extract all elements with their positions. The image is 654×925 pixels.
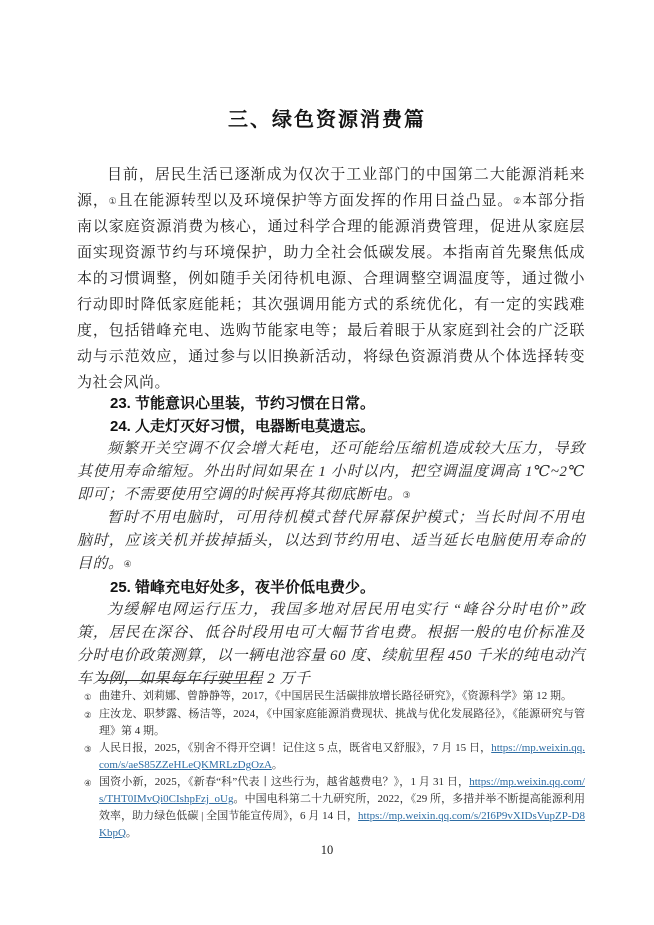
footnote-text-run: 庄汝龙、职梦露、杨洁等，2024，《中国家庭能源消费现状、挑战与优化发展路径》，… bbox=[99, 708, 585, 737]
tip-item-heading: 25. 错峰充电好处多，夜半价低电费少。 bbox=[77, 576, 585, 599]
footnote-text-run: 国资小新，2025，《新春“科”代表丨这些行为，越省越费电？》，1 月 31 日… bbox=[99, 776, 469, 788]
text-run: 频繁开关空调不仅会增大耗电，还可能给压缩机造成较大压力，导致其使用寿命缩短。外出… bbox=[77, 441, 585, 503]
page-number: 10 bbox=[0, 843, 654, 858]
text-run: 暂时不用电脑时，可用待机模式替代屏幕保护模式；当长时间不用电脑时，应该关机并拔掉… bbox=[77, 510, 585, 572]
footnote-item: ②庄汝龙、职梦露、杨洁等，2024，《中国家庭能源消费现状、挑战与优化发展路径》… bbox=[77, 706, 585, 740]
footnote-separator bbox=[98, 680, 258, 681]
footnote-text: 曲建升、刘莉娜、曾静静等，2017，《中国居民生活碳排放增长路径研究》，《资源科… bbox=[99, 688, 585, 705]
footnote-text-run: 。 bbox=[126, 827, 137, 839]
footnote-item: ③人民日报，2025，《别舍不得开空调！记住这 5 点，既省电又舒服》，7 月 … bbox=[77, 740, 585, 774]
tip-item-heading: 24. 人走灯灭好习惯，电器断电莫遗忘。 bbox=[77, 415, 585, 438]
text-run: 23. 节能意识心里装，节约习惯在日常。 bbox=[110, 395, 375, 412]
text-run: 本部分指南以家庭资源消费为核心，通过科学合理的能源消费管理，促进从家庭层面实现资… bbox=[77, 193, 585, 391]
text-run: 25. 错峰充电好处多，夜半价低电费少。 bbox=[110, 579, 375, 596]
footnote-ref-marker: ③ bbox=[403, 490, 412, 500]
text-run: 为缓解电网运行压力，我国多地对居民用电实行 “峰谷分时电价”政策，居民在深谷、低… bbox=[77, 602, 585, 687]
footnote-text-run: 人民日报，2025，《别舍不得开空调！记住这 5 点，既省电又舒服》，7 月 1… bbox=[99, 742, 491, 754]
footnote-list: ①曲建升、刘莉娜、曾静静等，2017，《中国居民生活碳排放增长路径研究》，《资源… bbox=[77, 688, 585, 842]
explain-paragraph: 频繁开关空调不仅会增大耗电，还可能给压缩机造成较大压力，导致其使用寿命缩短。外出… bbox=[77, 438, 585, 507]
text-run: 且在能源转型以及环境保护等方面发挥的作用日益凸显。 bbox=[118, 193, 514, 209]
footnote-text-run: 。 bbox=[272, 759, 283, 771]
footnote-number-marker: ④ bbox=[77, 774, 99, 792]
footnote-number-marker: ③ bbox=[77, 740, 99, 758]
footnote-ref-marker: ④ bbox=[124, 559, 133, 569]
footnote-text: 人民日报，2025，《别舍不得开空调！记住这 5 点，既省电又舒服》，7 月 1… bbox=[99, 740, 585, 774]
footnote-item: ①曲建升、刘莉娜、曾静静等，2017，《中国居民生活碳排放增长路径研究》，《资源… bbox=[77, 688, 585, 706]
document-page: 三、绿色资源消费篇 目前，居民生活已逐渐成为仅次于工业部门的中国第二大能源消耗来… bbox=[0, 0, 654, 925]
footnote-text: 庄汝龙、职梦露、杨洁等，2024，《中国家庭能源消费现状、挑战与优化发展路径》，… bbox=[99, 706, 585, 740]
footnote-number-marker: ① bbox=[77, 688, 99, 706]
explain-paragraph: 为缓解电网运行压力，我国多地对居民用电实行 “峰谷分时电价”政策，居民在深谷、低… bbox=[77, 599, 585, 691]
tip-item-heading: 23. 节能意识心里装，节约习惯在日常。 bbox=[77, 392, 585, 415]
footnote-text: 国资小新，2025，《新春“科”代表丨这些行为，越省越费电？》，1 月 31 日… bbox=[99, 774, 585, 842]
footnote-ref-marker: ② bbox=[513, 196, 522, 206]
section-title: 三、绿色资源消费篇 bbox=[0, 103, 654, 132]
body-sections: 23. 节能意识心里装，节约习惯在日常。24. 人走灯灭好习惯，电器断电莫遗忘。… bbox=[77, 392, 585, 691]
explain-paragraph: 暂时不用电脑时，可用待机模式替代屏幕保护模式；当长时间不用电脑时，应该关机并拔掉… bbox=[77, 507, 585, 576]
footnote-number-marker: ② bbox=[77, 706, 99, 724]
footnote-text-run: 曲建升、刘莉娜、曾静静等，2017，《中国居民生活碳排放增长路径研究》，《资源科… bbox=[99, 690, 572, 702]
intro-paragraph: 目前，居民生活已逐渐成为仅次于工业部门的中国第二大能源消耗来源，①且在能源转型以… bbox=[77, 162, 585, 396]
footnote-item: ④国资小新，2025，《新春“科”代表丨这些行为，越省越费电？》，1 月 31 … bbox=[77, 774, 585, 842]
text-run: 24. 人走灯灭好习惯，电器断电莫遗忘。 bbox=[110, 418, 375, 435]
footnote-ref-marker: ① bbox=[109, 196, 118, 206]
footnote-area: ①曲建升、刘莉娜、曾静静等，2017，《中国居民生活碳排放增长路径研究》，《资源… bbox=[77, 680, 585, 842]
